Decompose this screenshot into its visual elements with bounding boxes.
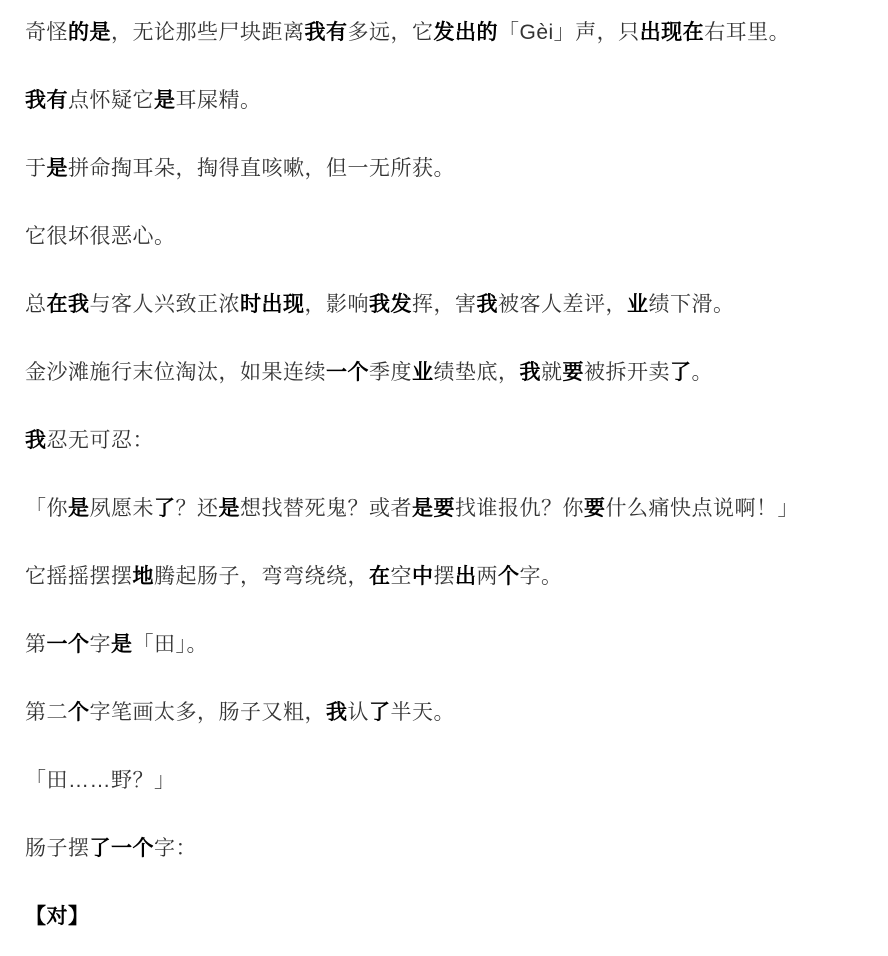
paragraph: 它很坏很恶心。: [25, 225, 878, 248]
text-segment: 多远，它: [348, 21, 434, 44]
text-segment: 腾起肠子，弯弯绕绕，: [154, 565, 369, 588]
highlighted-text-segment: 我有: [305, 21, 348, 44]
highlighted-text-segment: 出现在: [640, 21, 705, 44]
highlighted-text-segment: 我: [25, 429, 47, 452]
paragraph: 它摇摇摆摆地腾起肠子，弯弯绕绕，在空中摆出两个字。: [25, 565, 878, 588]
text-segment: 什么痛快点说啊！」: [606, 497, 800, 520]
text-segment: 「田」。: [133, 633, 209, 656]
paragraph: 我有点怀疑它是耳屎精。: [25, 89, 878, 112]
text-segment: 字笔画太多，肠子又粗，: [90, 701, 327, 724]
highlighted-text-segment: 的是: [68, 21, 111, 44]
text-segment: 于: [25, 157, 47, 180]
text-segment: 拼命掏耳朵，掏得直咳嗽，但一无所获。: [68, 157, 455, 180]
text-segment: 点怀疑它: [68, 89, 154, 112]
text-segment: 金沙滩施行末位淘汰，如果连续: [25, 361, 326, 384]
text-segment: 季度: [369, 361, 412, 384]
highlighted-text-segment: 我发: [369, 293, 412, 316]
highlighted-text-segment: 我: [520, 361, 542, 384]
highlighted-text-segment: 业: [412, 361, 434, 384]
text-segment: 忍无可忍：: [47, 429, 155, 452]
text-segment: 摆: [434, 565, 456, 588]
highlighted-text-segment: 是: [154, 89, 176, 112]
text-segment: 它摇摇摆摆: [25, 565, 133, 588]
highlighted-text-segment: 地: [133, 565, 155, 588]
text-segment: 肠子摆: [25, 837, 90, 860]
highlighted-text-segment: 一个: [326, 361, 369, 384]
highlighted-text-segment: 在: [369, 565, 391, 588]
highlighted-text-segment: 是: [219, 497, 241, 520]
text-segment: 绩下滑。: [649, 293, 735, 316]
highlighted-text-segment: 时出现: [240, 293, 305, 316]
paragraph: 【对】: [25, 905, 878, 928]
highlighted-text-segment: 了一个: [90, 837, 155, 860]
paragraph: 我忍无可忍：: [25, 429, 878, 452]
highlighted-text-segment: 我: [326, 701, 348, 724]
text-segment: ？还: [176, 497, 219, 520]
highlighted-text-segment: 我: [477, 293, 499, 316]
highlighted-text-segment: 出: [455, 565, 477, 588]
text-segment: 第: [25, 633, 47, 656]
highlighted-text-segment: 是要: [412, 497, 455, 520]
highlighted-text-segment: 一个: [47, 633, 90, 656]
text-segment: 字: [90, 633, 112, 656]
highlighted-text-segment: 是: [47, 157, 69, 180]
text-segment: 右耳里。: [704, 21, 790, 44]
highlighted-text-segment: 了: [154, 497, 176, 520]
text-segment: 「Gèi」声，只: [498, 21, 640, 44]
text-segment: 字。: [520, 565, 563, 588]
text-segment: 半天。: [391, 701, 456, 724]
highlighted-text-segment: 是: [68, 497, 90, 520]
text-segment: 想找替死鬼？或者: [240, 497, 412, 520]
text-segment: ，影响: [305, 293, 370, 316]
text-segment: 被拆开卖: [584, 361, 670, 384]
highlighted-text-segment: 要: [584, 497, 606, 520]
text-segment: 第二: [25, 701, 68, 724]
highlighted-text-segment: 【对】: [25, 905, 90, 928]
text-segment: 就: [541, 361, 563, 384]
text-segment: 。: [692, 361, 714, 384]
highlighted-text-segment: 我有: [25, 89, 68, 112]
text-segment: 它很坏很恶心。: [25, 225, 176, 248]
highlighted-text-segment: 中: [412, 565, 434, 588]
highlighted-text-segment: 在我: [47, 293, 90, 316]
text-segment: 总: [25, 293, 47, 316]
paragraph: 肠子摆了一个字：: [25, 837, 878, 860]
highlighted-text-segment: 发出的: [434, 21, 499, 44]
text-segment: ，无论那些尸块距离: [111, 21, 305, 44]
novel-reader-page: 奇怪的是，无论那些尸块距离我有多远，它发出的「Gèi」声，只出现在右耳里。我有点…: [0, 0, 888, 956]
chapter-text: 奇怪的是，无论那些尸块距离我有多远，它发出的「Gèi」声，只出现在右耳里。我有点…: [25, 21, 878, 928]
text-segment: 与客人兴致正浓: [90, 293, 241, 316]
text-segment: 挥，害: [412, 293, 477, 316]
highlighted-text-segment: 是: [111, 633, 133, 656]
text-segment: 绩垫底，: [434, 361, 520, 384]
text-segment: 奇怪: [25, 21, 68, 44]
highlighted-text-segment: 业: [627, 293, 649, 316]
highlighted-text-segment: 要: [563, 361, 585, 384]
text-segment: 夙愿未: [90, 497, 155, 520]
paragraph: 奇怪的是，无论那些尸块距离我有多远，它发出的「Gèi」声，只出现在右耳里。: [25, 21, 878, 44]
paragraph: 「田……野？」: [25, 769, 878, 792]
highlighted-text-segment: 个: [498, 565, 520, 588]
text-segment: 被客人差评，: [498, 293, 627, 316]
text-segment: 找谁报仇？你: [455, 497, 584, 520]
text-segment: 「你: [25, 497, 68, 520]
paragraph: 于是拼命掏耳朵，掏得直咳嗽，但一无所获。: [25, 157, 878, 180]
paragraph: 「你是夙愿未了？还是想找替死鬼？或者是要找谁报仇？你要什么痛快点说啊！」: [25, 497, 878, 520]
text-segment: 认: [348, 701, 370, 724]
paragraph: 第二个字笔画太多，肠子又粗，我认了半天。: [25, 701, 878, 724]
text-segment: 两: [477, 565, 499, 588]
text-segment: 「田……野？」: [25, 769, 176, 792]
text-segment: 字：: [154, 837, 197, 860]
highlighted-text-segment: 个: [68, 701, 90, 724]
highlighted-text-segment: 了: [369, 701, 391, 724]
text-segment: 空: [391, 565, 413, 588]
paragraph: 第一个字是「田」。: [25, 633, 878, 656]
text-segment: 耳屎精。: [176, 89, 262, 112]
paragraph: 总在我与客人兴致正浓时出现，影响我发挥，害我被客人差评，业绩下滑。: [25, 293, 878, 316]
paragraph: 金沙滩施行末位淘汰，如果连续一个季度业绩垫底，我就要被拆开卖了。: [25, 361, 878, 384]
highlighted-text-segment: 了: [670, 361, 692, 384]
